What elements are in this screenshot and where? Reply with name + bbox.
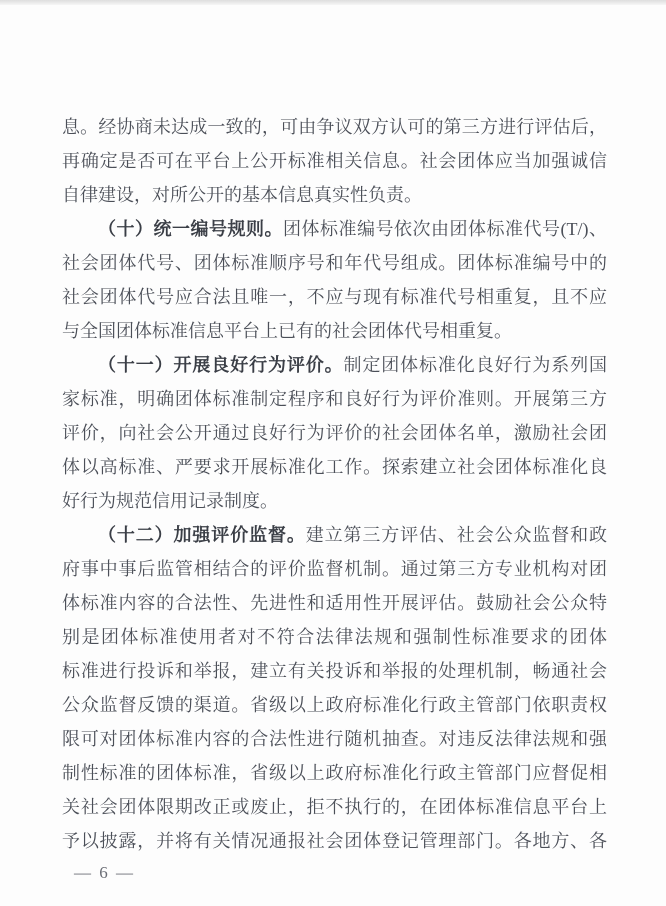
- text-line: 府事中事后监管相结合的评价监督机制。通过第三方专业机构对团: [62, 552, 607, 586]
- text-line: 制性标准的团体标准，省级以上政府标准化行政主管部门应督促相: [62, 756, 607, 790]
- scan-top-edge: [0, 0, 666, 5]
- text-line: 评价，向社会公开通过良好行为评价的社会团体名单，激励社会团: [62, 416, 607, 450]
- paragraph: （十）统一编号规则。团体标准编号依次由团体标准代号(T/)、社会团体代号、团体标…: [62, 212, 607, 348]
- text-line: 公众监督反馈的渠道。省级以上政府标准化行政主管部门依职责权: [62, 688, 607, 722]
- page: { "page": { "background": "#fdfdfd", "te…: [0, 0, 666, 906]
- text-line: （十一）开展良好行为评价。制定团体标准化良好行为系列国: [62, 348, 607, 382]
- item-heading: （十二）加强评价监督。: [98, 525, 306, 545]
- text-line: 体以高标准、严要求开展标准化工作。探索建立社会团体标准化良: [62, 450, 607, 484]
- text-line: 体标准内容的合法性、先进性和适用性开展评估。鼓励社会公众特: [62, 586, 607, 620]
- document-text: 息。经协商未达成一致的，可由争议双方认可的第三方进行评估后，再确定是否可在平台上…: [62, 110, 607, 858]
- text-line: 标准进行投诉和举报，建立有关投诉和举报的处理机制，畅通社会: [62, 654, 607, 688]
- page-number: — 6 —: [74, 858, 135, 888]
- text-line: 好行为规范信用记录制度。: [62, 484, 607, 518]
- text-line: （十二）加强评价监督。建立第三方评估、社会公众监督和政: [62, 518, 607, 552]
- text-line: 社会团体代号应合法且唯一，不应与现有标准代号相重复，且不应: [62, 280, 607, 314]
- text-line: 别是团体标准使用者对不符合法律法规和强制性标准要求的团体: [62, 620, 607, 654]
- text-line: 社会团体代号、团体标准顺序号和年代号组成。团体标准编号中的: [62, 246, 607, 280]
- item-heading: （十一）开展良好行为评价。: [98, 355, 344, 375]
- paragraph: （十一）开展良好行为评价。制定团体标准化良好行为系列国家标准，明确团体标准制定程…: [62, 348, 607, 518]
- item-heading: （十）统一编号规则。: [98, 219, 283, 239]
- text-line: 再确定是否可在平台上公开标准相关信息。社会团体应当加强诚信: [62, 144, 607, 178]
- paragraph: 息。经协商未达成一致的，可由争议双方认可的第三方进行评估后，再确定是否可在平台上…: [62, 110, 607, 212]
- text-line: 限可对团体标准内容的合法性进行随机抽查。对违反法律法规和强: [62, 722, 607, 756]
- text-line: 与全国团体标准信息平台上已有的社会团体代号相重复。: [62, 314, 607, 348]
- text-line: （十）统一编号规则。团体标准编号依次由团体标准代号(T/)、: [62, 212, 607, 246]
- paragraph: （十二）加强评价监督。建立第三方评估、社会公众监督和政府事中事后监管相结合的评价…: [62, 518, 607, 858]
- text-line: 息。经协商未达成一致的，可由争议双方认可的第三方进行评估后，: [62, 110, 607, 144]
- text-line: 家标准，明确团体标准制定程序和良好行为评价准则。开展第三方: [62, 382, 607, 416]
- text-line: 关社会团体限期改正或废止，拒不执行的，在团体标准信息平台上: [62, 790, 607, 824]
- text-line: 予以披露，并将有关情况通报社会团体登记管理部门。各地方、各: [62, 824, 607, 858]
- text-line: 自律建设，对所公开的基本信息真实性负责。: [62, 178, 607, 212]
